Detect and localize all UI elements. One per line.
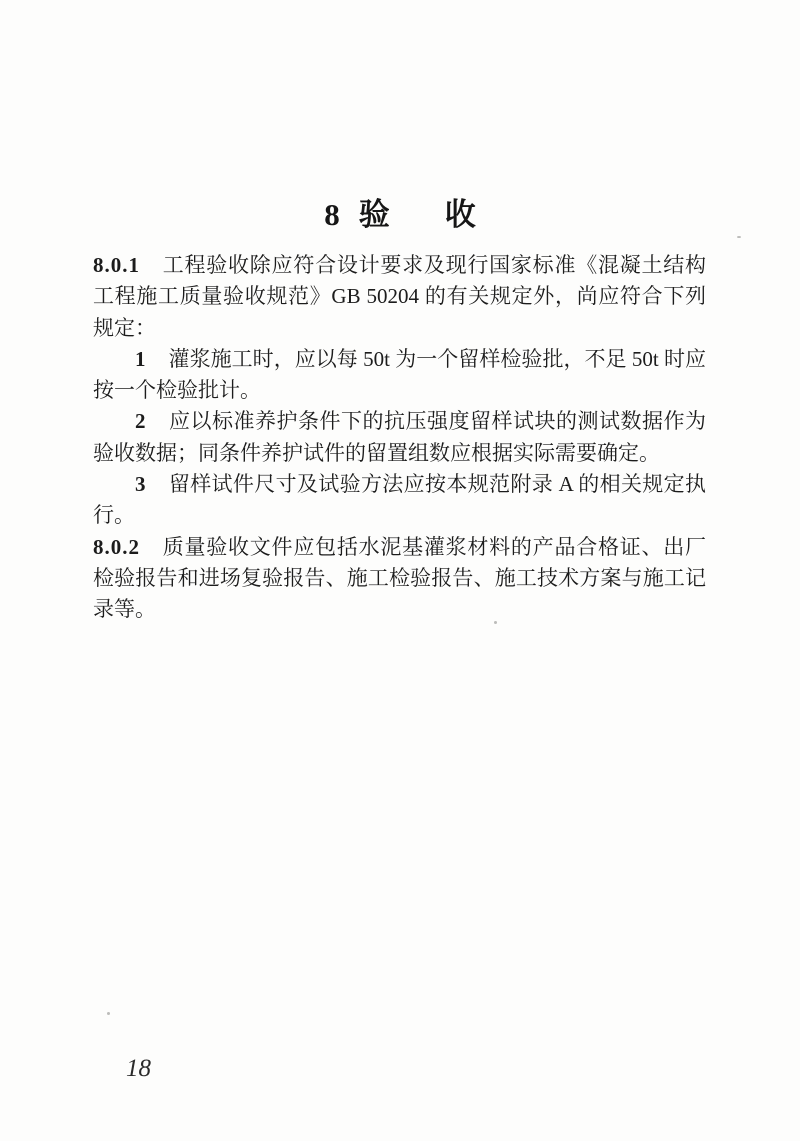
clause-number: 8.0.1 bbox=[93, 253, 140, 277]
item-text: 应以标准养护条件下的抗压强度留样试块的测试数据作为验收数据；同条件养护试件的留置… bbox=[93, 409, 706, 464]
clause-text: 质量验收文件应包括水泥基灌浆材料的产品合格证、出厂检验报告和进场复验报告、施工检… bbox=[93, 535, 706, 622]
item-text: 灌浆施工时，应以每 50t 为一个留样检验批，不足 50t 时应按一个检验批计。 bbox=[93, 347, 706, 402]
page-number: 18 bbox=[126, 1055, 151, 1083]
document-page: 8验收 8.0.1工程验收除应符合设计要求及现行国家标准《混凝土结构工程施工质量… bbox=[0, 0, 800, 1141]
clause-item-2: 2应以标准养护条件下的抗压强度留样试块的测试数据作为验收数据；同条件养护试件的留… bbox=[93, 406, 706, 469]
clause-number: 8.0.2 bbox=[93, 535, 140, 559]
item-number: 3 bbox=[135, 472, 147, 496]
scan-speckle bbox=[494, 621, 497, 624]
clause-8-0-1: 8.0.1工程验收除应符合设计要求及现行国家标准《混凝土结构工程施工质量验收规范… bbox=[93, 250, 706, 344]
scan-speckle bbox=[737, 236, 741, 238]
chapter-number: 8 bbox=[324, 197, 340, 232]
scan-speckle bbox=[107, 1012, 110, 1015]
chapter-title-char-2: 收 bbox=[445, 197, 476, 232]
item-number: 1 bbox=[135, 347, 147, 371]
clause-text: 工程验收除应符合设计要求及现行国家标准《混凝土结构工程施工质量验收规范》GB 5… bbox=[93, 253, 706, 340]
chapter-title-char-1: 验 bbox=[359, 197, 390, 232]
document-body: 8.0.1工程验收除应符合设计要求及现行国家标准《混凝土结构工程施工质量验收规范… bbox=[93, 250, 706, 626]
clause-8-0-2: 8.0.2质量验收文件应包括水泥基灌浆材料的产品合格证、出厂检验报告和进场复验报… bbox=[93, 532, 706, 626]
chapter-heading: 8验收 bbox=[0, 189, 800, 234]
clause-item-3: 3留样试件尺寸及试验方法应按本规范附录 A 的相关规定执行。 bbox=[93, 469, 706, 532]
item-number: 2 bbox=[135, 409, 147, 433]
item-text: 留样试件尺寸及试验方法应按本规范附录 A 的相关规定执行。 bbox=[93, 472, 706, 527]
clause-item-1: 1灌浆施工时，应以每 50t 为一个留样检验批，不足 50t 时应按一个检验批计… bbox=[93, 344, 706, 407]
